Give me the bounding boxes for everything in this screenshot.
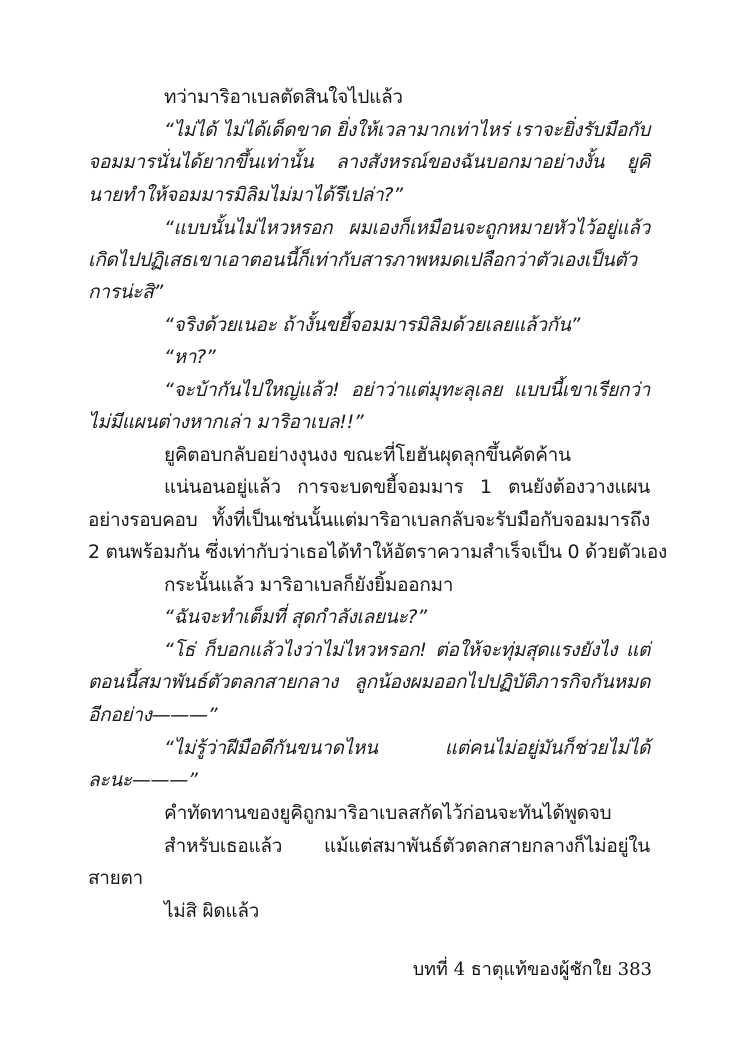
- paragraph-line: อย่างรอบคอบ ทั้งที่เป็นเช่นนั้นแต่มาริอา…: [88, 504, 650, 536]
- paragraph-line: 2 ตนพร้อมกัน ซึ่งเท่ากับว่าเธอได้ทำให้อั…: [88, 536, 650, 568]
- dialogue-line: เกิดไปปฏิเสธเขาเอาตอนนี้ก็เท่ากับสารภาพห…: [88, 244, 650, 276]
- paragraph-line: ยูคิตอบกลับอย่างงุนงง ขณะที่โยฮันผุดลุกข…: [164, 439, 650, 471]
- paragraph-line: สำหรับเธอแล้ว แม้แต่สมาพันธ์ตัวตลกสายกลา…: [164, 830, 650, 862]
- paragraph-line: ทว่ามาริอาเบลตัดสินใจไปแล้ว: [164, 81, 650, 113]
- running-footer: บทที่ 4 ธาตุแท้ของผู้ชักใย 383: [380, 955, 652, 985]
- dialogue-line: ไม่มีแผนต่างหากเล่า มาริอาเบล!!”: [88, 406, 650, 438]
- dialogue-line: “ไม่ได้ ไม่ได้เด็ดขาด ยิ่งให้เวลามากเท่า…: [164, 114, 650, 146]
- dialogue-line: ละนะ———”: [88, 764, 650, 796]
- dialogue-line: การน่ะสิ”: [88, 276, 650, 308]
- dialogue-line: “โธ่ ก็บอกแล้วไงว่าไม่ไหวหรอก! ต่อให้จะท…: [164, 634, 650, 666]
- dialogue-line: ตอนนี้สมาพันธ์ตัวตลกสายกลาง ลูกน้องผมออก…: [88, 666, 650, 698]
- dialogue-line: อีกอย่าง———”: [88, 699, 650, 731]
- dialogue-line: “จะบ้ากันไปใหญ่แล้ว! อย่าว่าแต่มุทะลุเลย…: [164, 374, 650, 406]
- paragraph-line: ไม่สิ ผิดแล้ว: [164, 895, 650, 927]
- dialogue-line: “หา?”: [164, 341, 650, 373]
- paragraph-line: สายตา: [88, 862, 650, 894]
- book-page: ทว่ามาริอาเบลตัดสินใจไปแล้ว “ไม่ได้ ไม่ไ…: [0, 0, 738, 1051]
- dialogue-line: “แบบนั้นไม่ไหวหรอก ผมเองก็เหมือนจะถูกหมา…: [164, 212, 650, 244]
- dialogue-line: “ไม่รู้ว่าฝีมือดีกันขนาดไหน แต่คนไม่อยู่…: [164, 732, 650, 764]
- dialogue-line: “ฉันจะทำเต็มที่ สุดกำลังเลยนะ?”: [164, 601, 650, 633]
- dialogue-line: “จริงด้วยเนอะ ถ้างั้นขยี้จอมมารมิลิมด้วย…: [164, 309, 650, 341]
- dialogue-line: จอมมารนั่นได้ยากขึ้นเท่านั้น ลางสังหรณ์ข…: [88, 146, 650, 178]
- dialogue-line: นายทำให้จอมมารมิลิมไม่มาได้รึเปล่า?”: [88, 179, 650, 211]
- paragraph-line: คำทัดทานของยูคิถูกมาริอาเบลสกัดไว้ก่อนจะ…: [164, 797, 650, 829]
- paragraph-line: แน่นอนอยู่แล้ว การจะบดขยี้จอมมาร 1 ตนยัง…: [164, 471, 650, 503]
- paragraph-line: กระนั้นแล้ว มาริอาเบลก็ยังยิ้มออกมา: [164, 569, 650, 601]
